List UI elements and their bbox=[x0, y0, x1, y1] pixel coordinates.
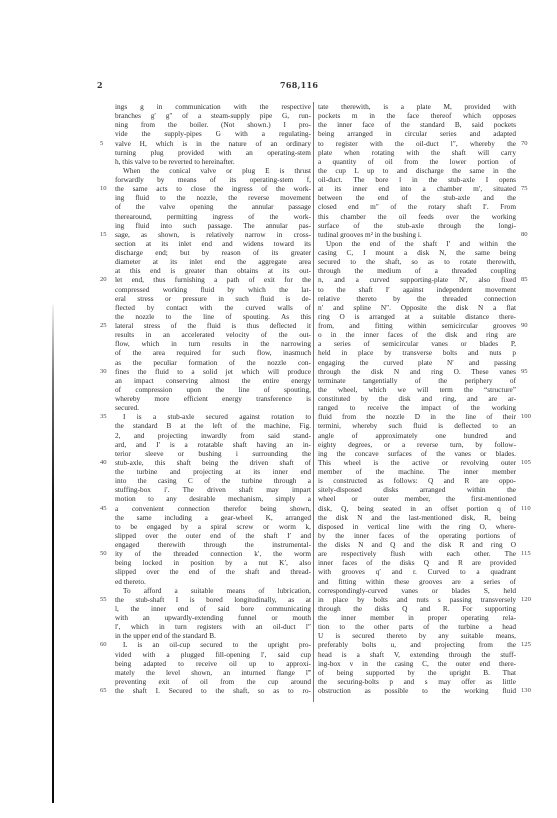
line-number bbox=[521, 120, 541, 129]
line-number bbox=[100, 348, 114, 357]
line-number: 75 bbox=[521, 184, 541, 193]
line-number bbox=[521, 567, 541, 576]
text-line: through the medium of a threaded couplin… bbox=[318, 266, 516, 275]
text-line: to be engaged by a spiral screw or worm … bbox=[115, 522, 311, 531]
text-line: l, the inner end of said bore communicat… bbox=[115, 604, 311, 613]
text-line: the same including a gear-wheel K, arran… bbox=[115, 513, 311, 522]
line-number bbox=[521, 394, 541, 403]
line-number bbox=[100, 440, 114, 449]
line-number bbox=[521, 339, 541, 348]
text-line: whereby more efficient energy transferen… bbox=[115, 394, 311, 403]
line-number bbox=[100, 129, 114, 138]
text-line: the inner member in proper operating rel… bbox=[318, 613, 516, 622]
text-line: U is secured thereto by any suitable mea… bbox=[318, 631, 516, 640]
text-line: preferably bolts u, and projecting from … bbox=[318, 640, 516, 649]
line-number bbox=[100, 668, 114, 677]
text-line: flow, which in turn results in the narro… bbox=[115, 339, 311, 348]
line-number bbox=[521, 449, 541, 458]
line-number bbox=[100, 111, 114, 120]
text-line: This wheel is the active or revolving ou… bbox=[318, 458, 516, 467]
text-line: of compression upon the line of spouting… bbox=[115, 385, 311, 394]
line-number: 90 bbox=[521, 321, 541, 330]
text-line: a quantity of oil from the lower portion… bbox=[318, 157, 516, 166]
text-line: casing C, I mount a disk N, the same bei… bbox=[318, 248, 516, 257]
line-number bbox=[521, 148, 541, 157]
text-line: in place by bolts and nuts s passing tra… bbox=[318, 595, 516, 604]
line-number bbox=[100, 494, 114, 503]
line-number bbox=[521, 513, 541, 522]
text-line: vide the supply-pipes G with a regulatin… bbox=[115, 129, 311, 138]
text-line: of the valve opening the annular passage bbox=[115, 202, 311, 211]
text-line: from, and fitting within semicircular gr… bbox=[318, 321, 516, 330]
line-number bbox=[100, 303, 114, 312]
left-line-numbers: 5101520253035404550556065 bbox=[100, 102, 114, 695]
text-line: to the shaft I′ against independent move… bbox=[318, 285, 516, 294]
line-number bbox=[100, 358, 114, 367]
text-line: between the end of the stub-axle and the bbox=[318, 193, 516, 202]
line-number bbox=[521, 467, 541, 476]
line-number: 130 bbox=[521, 686, 541, 695]
line-number bbox=[521, 376, 541, 385]
text-line: I is a stub-axle secured against rotatio… bbox=[115, 412, 311, 421]
text-line: forwardly by means of its operating-stem… bbox=[115, 175, 311, 184]
text-line: surface of the stub-axle through the lon… bbox=[318, 221, 516, 230]
text-line: flected by contact with the curved walls… bbox=[115, 303, 311, 312]
text-line: tudinal grooves m² in the bushing i. bbox=[318, 230, 516, 239]
line-number bbox=[100, 522, 114, 531]
line-number bbox=[521, 266, 541, 275]
text-line: ity of the threaded connection k′, the w… bbox=[115, 549, 311, 558]
line-number bbox=[521, 476, 541, 485]
line-number bbox=[100, 175, 114, 184]
text-line: ing-box v in the casing C, the outer end… bbox=[318, 659, 516, 668]
line-number bbox=[100, 613, 114, 622]
text-line: Upon the end of the shaft I′ and within … bbox=[318, 239, 516, 248]
line-number: 20 bbox=[100, 275, 114, 284]
text-line: turning plug provided with an operating-… bbox=[115, 148, 311, 157]
text-line: the standard B at the left of the machin… bbox=[115, 421, 311, 430]
text-line: through the disk N and ring O. These van… bbox=[318, 367, 516, 376]
text-line: ing the concave surfaces of the vanes or… bbox=[318, 449, 516, 458]
text-line: are respectively flush with each other. … bbox=[318, 549, 516, 558]
text-line: in the upper end of the standard B. bbox=[115, 631, 311, 640]
line-number bbox=[521, 221, 541, 230]
text-line: sitely-disposed disks arranged within th… bbox=[318, 485, 516, 494]
text-line: held in place by transverse bolts and nu… bbox=[318, 348, 516, 357]
patent-number: 768,116 bbox=[280, 80, 318, 90]
text-line: secured to the shaft, so as to rotate th… bbox=[318, 257, 516, 266]
page-mark: 2 bbox=[97, 80, 103, 90]
text-line: sage, as shown, is relatively narrow in … bbox=[115, 230, 311, 239]
line-number bbox=[521, 577, 541, 586]
text-line: termini, whereby such fluid is deflected… bbox=[318, 421, 516, 430]
text-line: through the disks Q and R. For supportin… bbox=[318, 604, 516, 613]
text-line: inner faces of the disks Q and R are pro… bbox=[318, 558, 516, 567]
text-line: tate therewith, is a plate M, provided w… bbox=[318, 102, 516, 111]
text-line: relative thereto by the threaded connect… bbox=[318, 294, 516, 303]
line-number bbox=[521, 285, 541, 294]
text-line: disk, Q, being seated in an offset porti… bbox=[318, 504, 516, 513]
line-number bbox=[100, 558, 114, 567]
text-line: at its inner end into a chamber m′, situ… bbox=[318, 184, 516, 193]
text-line: lateral stress of the fluid is thus defl… bbox=[115, 321, 311, 330]
text-line: terminate tangentially of the periphery … bbox=[318, 376, 516, 385]
line-number bbox=[100, 166, 114, 175]
line-number bbox=[100, 385, 114, 394]
line-number: 100 bbox=[521, 412, 541, 421]
line-number: 80 bbox=[521, 230, 541, 239]
line-number bbox=[521, 166, 541, 175]
line-number bbox=[521, 385, 541, 394]
text-line: oil-duct. The bore l in the stub-axle I … bbox=[318, 175, 516, 184]
line-number bbox=[521, 613, 541, 622]
text-line: o in the inner faces of the disk and rin… bbox=[318, 330, 516, 339]
text-line: When the conical valve or plug E is thru… bbox=[115, 166, 311, 175]
text-line: the shaft I. Secured to the shaft, so as… bbox=[115, 686, 311, 695]
text-line: fines the fluid to a solid jet which wil… bbox=[115, 367, 311, 376]
text-line: as the peculiar formation of the nozzle … bbox=[115, 358, 311, 367]
text-line: head is a shaft V, extending through the… bbox=[318, 650, 516, 659]
text-line: disposed in vertical line with the ring … bbox=[318, 522, 516, 531]
text-line: secured. bbox=[115, 403, 311, 412]
text-line: of being supported by the upright B. Tha… bbox=[318, 668, 516, 677]
text-line: section at its inlet end and widens towa… bbox=[115, 239, 311, 248]
line-number bbox=[100, 193, 114, 202]
text-line: with grooves q′ and r. Curved to a quadr… bbox=[318, 567, 516, 576]
text-line: slipped over the end of the shaft and th… bbox=[115, 567, 311, 576]
line-number bbox=[521, 294, 541, 303]
patent-page: 2 768,116 5101520253035404550556065 ings… bbox=[0, 0, 557, 818]
left-text-column: ings g in communication with the respect… bbox=[115, 102, 311, 695]
right-text-column: tate therewith, is a plate M, provided w… bbox=[318, 102, 516, 695]
line-number bbox=[100, 540, 114, 549]
line-number: 45 bbox=[100, 504, 114, 513]
text-line: 2, and projecting inwardly from said sta… bbox=[115, 431, 311, 440]
text-line: the wheel, which we will term the “struc… bbox=[318, 385, 516, 394]
text-line: into the casing C of the turbine through… bbox=[115, 476, 311, 485]
text-line: constituted by the disk and ring, and ar… bbox=[318, 394, 516, 403]
line-number bbox=[100, 476, 114, 485]
text-line: the disk N and the last-mentioned disk, … bbox=[318, 513, 516, 522]
line-number bbox=[100, 376, 114, 385]
text-line: ring O is arranged at a suitable distanc… bbox=[318, 312, 516, 321]
text-line: slipped over the outer end of the shaft … bbox=[115, 531, 311, 540]
line-number bbox=[100, 431, 114, 440]
text-line: being adapted to receive oil up to appro… bbox=[115, 659, 311, 668]
line-number: 125 bbox=[521, 640, 541, 649]
text-line: closed end m″ of the rotary shaft I′. Fr… bbox=[318, 202, 516, 211]
line-number bbox=[521, 677, 541, 686]
line-number: 65 bbox=[100, 686, 114, 695]
line-number bbox=[521, 531, 541, 540]
line-number bbox=[100, 330, 114, 339]
text-line: of the area required for such flow, inas… bbox=[115, 348, 311, 357]
text-line: being locked in position by a nut K′, al… bbox=[115, 558, 311, 567]
text-line: fluid from the nozzle D in the line of t… bbox=[318, 412, 516, 421]
text-line: n, and a curved supporting-plate N′, als… bbox=[318, 275, 516, 284]
text-line: with an upwardly-extending funnel or mou… bbox=[115, 613, 311, 622]
line-number bbox=[521, 212, 541, 221]
text-line: the turbine and projecting at its inner … bbox=[115, 467, 311, 476]
line-number bbox=[521, 631, 541, 640]
line-number bbox=[521, 248, 541, 257]
text-line: mately the level shown, an inturned flan… bbox=[115, 668, 311, 677]
text-line: by the inner faces of the operating port… bbox=[318, 531, 516, 540]
line-number bbox=[521, 558, 541, 567]
line-number bbox=[521, 111, 541, 120]
text-line: therearound, permitting ingress of the w… bbox=[115, 212, 311, 221]
text-line: the securing-bolts p and s may offer as … bbox=[318, 677, 516, 686]
line-number bbox=[521, 358, 541, 367]
line-number bbox=[521, 421, 541, 430]
text-line: stub-axle, this shaft being the driven s… bbox=[115, 458, 311, 467]
text-line: branches g′ g″ of a steam-supply pipe G,… bbox=[115, 111, 311, 120]
line-number: 35 bbox=[100, 412, 114, 421]
line-number bbox=[521, 403, 541, 412]
line-number bbox=[100, 421, 114, 430]
line-number: 40 bbox=[100, 458, 114, 467]
line-number: 120 bbox=[521, 595, 541, 604]
line-number bbox=[100, 567, 114, 576]
line-number bbox=[100, 266, 114, 275]
line-number bbox=[100, 120, 114, 129]
text-line: a series of semicircular vanes or blades… bbox=[318, 339, 516, 348]
text-line: ning from the boiler. (Not shown.) I pro… bbox=[115, 120, 311, 129]
line-number bbox=[100, 285, 114, 294]
line-number bbox=[521, 175, 541, 184]
text-line: angle of approximately one hundred and bbox=[318, 431, 516, 440]
line-number bbox=[100, 467, 114, 476]
line-number bbox=[521, 659, 541, 668]
text-line: being arranged in circular series and ad… bbox=[318, 129, 516, 138]
text-line: the same acts to close the ingress of th… bbox=[115, 184, 311, 193]
text-line: at this end is greater than obtains at i… bbox=[115, 266, 311, 275]
text-line: discharge end; but by reason of its grea… bbox=[115, 248, 311, 257]
text-line: ings g in communication with the respect… bbox=[115, 102, 311, 111]
text-line: vided with a plugged fill-opening l′, sa… bbox=[115, 650, 311, 659]
line-number bbox=[100, 485, 114, 494]
line-number bbox=[521, 650, 541, 659]
right-line-numbers: 707580859095100105110115120125130 bbox=[521, 102, 541, 695]
line-number bbox=[521, 494, 541, 503]
line-number bbox=[100, 257, 114, 266]
line-number bbox=[521, 303, 541, 312]
line-number bbox=[100, 513, 114, 522]
line-number bbox=[521, 202, 541, 211]
text-line: the stub-shaft I is bored longitudinally… bbox=[115, 595, 311, 604]
line-number: 110 bbox=[521, 504, 541, 513]
text-line: ed thereto. bbox=[115, 577, 311, 586]
text-line: valve H, which is in the nature of an or… bbox=[115, 139, 311, 148]
text-line: ard, and I′ is a rotatable shaft having … bbox=[115, 440, 311, 449]
text-line: wheel or outer member, the first-mention… bbox=[318, 494, 516, 503]
line-number bbox=[100, 622, 114, 631]
line-number bbox=[521, 239, 541, 248]
line-number bbox=[100, 157, 114, 166]
text-line: eighty degrees, or a reverse turn, by fo… bbox=[318, 440, 516, 449]
text-line: to register with the oil-duct l″, whereb… bbox=[318, 139, 516, 148]
line-number bbox=[100, 102, 114, 111]
line-number: 70 bbox=[521, 139, 541, 148]
line-number bbox=[521, 440, 541, 449]
line-number bbox=[521, 348, 541, 357]
text-line: correspondingly-curved vanes or blades S… bbox=[318, 586, 516, 595]
line-number bbox=[521, 522, 541, 531]
line-number bbox=[100, 312, 114, 321]
line-number bbox=[521, 586, 541, 595]
text-line: and fitting within these grooves are a s… bbox=[318, 577, 516, 586]
line-number: 25 bbox=[100, 321, 114, 330]
margin-rule bbox=[52, 305, 54, 803]
text-line: terior sleeve or bushing i surrounding t… bbox=[115, 449, 311, 458]
line-number: 50 bbox=[100, 549, 114, 558]
line-number bbox=[521, 540, 541, 549]
line-number bbox=[521, 485, 541, 494]
line-number: 55 bbox=[100, 595, 114, 604]
text-line: preventing exit of oil from the cup arou… bbox=[115, 677, 311, 686]
line-number bbox=[521, 622, 541, 631]
text-line: ranged to receive the impact of the work… bbox=[318, 403, 516, 412]
line-number bbox=[100, 577, 114, 586]
line-number bbox=[100, 403, 114, 412]
line-number bbox=[100, 531, 114, 540]
line-number bbox=[100, 212, 114, 221]
line-number bbox=[521, 330, 541, 339]
line-number bbox=[100, 202, 114, 211]
text-line: ing fluid into such passage. The annular… bbox=[115, 221, 311, 230]
line-number bbox=[100, 221, 114, 230]
text-line: To afford a suitable means of lubricatio… bbox=[115, 586, 311, 595]
line-number bbox=[521, 193, 541, 202]
column-divider bbox=[313, 102, 314, 702]
line-number bbox=[521, 129, 541, 138]
text-line: engaged therewith through the instrument… bbox=[115, 540, 311, 549]
text-line: L is an oil-cup secured to the upright p… bbox=[115, 640, 311, 649]
text-line: l′, which in turn registers with an oil-… bbox=[115, 622, 311, 631]
text-line: an impact conserving almost the entire e… bbox=[115, 376, 311, 385]
line-number bbox=[100, 239, 114, 248]
text-line: the inner face of the standard B, said p… bbox=[318, 120, 516, 129]
text-line: this chamber the oil feeds over the work… bbox=[318, 212, 516, 221]
text-line: is constructed as follows: Q and R are o… bbox=[318, 476, 516, 485]
line-number: 85 bbox=[521, 275, 541, 284]
line-number bbox=[100, 604, 114, 613]
line-number bbox=[100, 677, 114, 686]
text-line: tion to the other parts of the turbine a… bbox=[318, 622, 516, 631]
line-number: 30 bbox=[100, 367, 114, 376]
text-line: compressed working fluid by which the la… bbox=[115, 285, 311, 294]
line-number bbox=[100, 294, 114, 303]
line-number bbox=[100, 631, 114, 640]
text-line: eral stress or pressure in such fluid is… bbox=[115, 294, 311, 303]
line-number bbox=[521, 102, 541, 111]
text-line: a convenient connection therefor being s… bbox=[115, 504, 311, 513]
text-line: pockets m in the face thereof which oppo… bbox=[318, 111, 516, 120]
line-number bbox=[100, 586, 114, 595]
line-number bbox=[521, 257, 541, 266]
line-number bbox=[100, 659, 114, 668]
line-number bbox=[100, 148, 114, 157]
line-number bbox=[521, 604, 541, 613]
text-line: engaging the curved plate N′ and passing bbox=[318, 358, 516, 367]
line-number: 115 bbox=[521, 549, 541, 558]
line-number bbox=[521, 431, 541, 440]
text-line: motion to any desirable mechanism, simpl… bbox=[115, 494, 311, 503]
line-number bbox=[100, 449, 114, 458]
text-line: h, this valve to be reverted to hereinaf… bbox=[115, 157, 311, 166]
text-line: member of the machine. The inner member bbox=[318, 467, 516, 476]
line-number: 5 bbox=[100, 139, 114, 148]
line-number bbox=[100, 339, 114, 348]
text-line: ing fluid to the nozzle, the reverse mov… bbox=[115, 193, 311, 202]
line-number bbox=[521, 668, 541, 677]
text-line: plate when rotating with the shaft will … bbox=[318, 148, 516, 157]
line-number bbox=[521, 312, 541, 321]
text-line: n′ and spline N″. Opposite the disk N a … bbox=[318, 303, 516, 312]
line-number: 60 bbox=[100, 640, 114, 649]
text-line: stuffing-box i′. The driven shaft may im… bbox=[115, 485, 311, 494]
text-line: the nozzle to the line of spouting. As t… bbox=[115, 312, 311, 321]
line-number bbox=[100, 248, 114, 257]
line-number: 95 bbox=[521, 367, 541, 376]
text-line: results in an accelerated velocity of th… bbox=[115, 330, 311, 339]
text-line: diameter at its inlet end the aggregate … bbox=[115, 257, 311, 266]
text-line: the cup L up to and discharge the same i… bbox=[318, 166, 516, 175]
line-number: 10 bbox=[100, 184, 114, 193]
text-line: obstruction as possible to the working f… bbox=[318, 686, 516, 695]
line-number bbox=[521, 157, 541, 166]
text-line: let end, thus furnishing a path of exit … bbox=[115, 275, 311, 284]
text-line: the disks N and Q and the disk R and rin… bbox=[318, 540, 516, 549]
line-number bbox=[100, 394, 114, 403]
line-number: 15 bbox=[100, 230, 114, 239]
line-number bbox=[100, 650, 114, 659]
line-number: 105 bbox=[521, 458, 541, 467]
